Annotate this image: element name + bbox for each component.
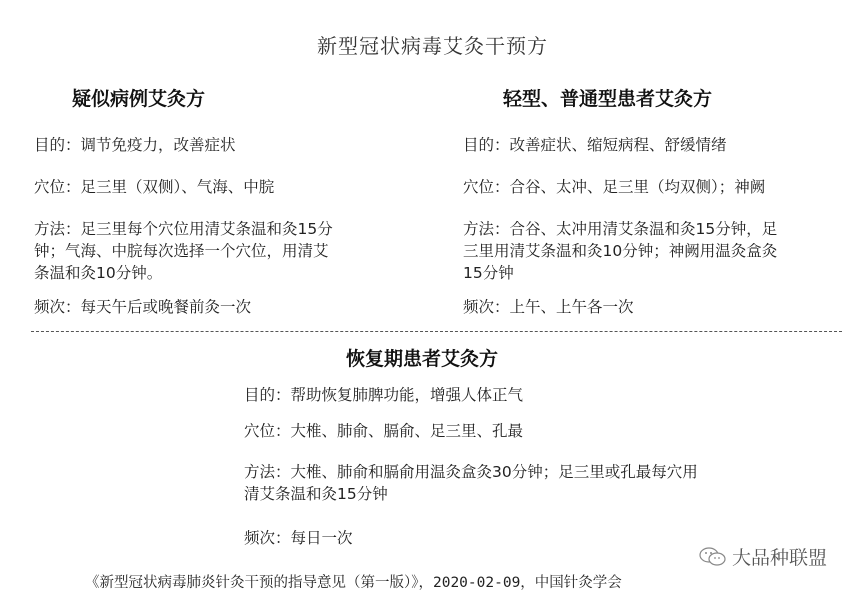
recovery-purpose: 目的：帮助恢复肺脾功能，增强人体正气: [244, 384, 523, 406]
page-title: 新型冠状病毒艾灸干预方: [0, 30, 865, 59]
mild-method-line-2: 三里用清艾条温和灸10分钟；神阙用温灸盒灸: [463, 240, 777, 262]
wechat-icon: [698, 546, 728, 568]
mild-method-line-3: 15分钟: [463, 262, 514, 284]
suspected-method-line-3: 条温和灸10分钟。: [34, 262, 162, 284]
section-divider: [31, 331, 842, 332]
suspected-acupoints: 穴位：足三里（双侧）、气海、中脘: [34, 176, 274, 198]
mild-frequency: 频次：上午、上午各一次: [463, 296, 634, 318]
suspected-method-line-2: 钟；气海、中脘每次选择一个穴位，用清艾: [34, 240, 329, 262]
heading-suspected: 疑似病例艾灸方: [72, 84, 205, 111]
suspected-purpose: 目的：调节免疫力，改善症状: [34, 134, 236, 156]
mild-purpose: 目的：改善症状、缩短病程、舒缓情绪: [463, 134, 727, 156]
recovery-acupoints: 穴位：大椎、肺俞、膈俞、足三里、孔最: [244, 420, 523, 442]
heading-mild: 轻型、普通型患者艾灸方: [503, 84, 712, 111]
mild-acupoints: 穴位：合谷、太冲、足三里（均双侧）；神阙: [463, 176, 765, 198]
recovery-frequency: 频次：每日一次: [244, 527, 353, 549]
suspected-method-line-1: 方法：足三里每个穴位用清艾条温和灸15分: [34, 218, 333, 240]
citation-footer: 《新型冠状病毒肺炎针灸干预的指导意见（第一版）》，2020-02-09，中国针灸…: [85, 571, 622, 592]
watermark-text: 大品种联盟: [732, 543, 827, 570]
suspected-frequency: 频次：每天午后或晚餐前灸一次: [34, 296, 251, 318]
heading-recovery: 恢复期患者艾灸方: [346, 344, 498, 371]
watermark: 大品种联盟: [698, 543, 827, 570]
mild-method-line-1: 方法：合谷、太冲用清艾条温和灸15分钟，足: [463, 218, 777, 240]
recovery-method-line-1: 方法：大椎、肺俞和膈俞用温灸盒灸30分钟；足三里或孔最每穴用: [244, 461, 698, 483]
recovery-method-line-2: 清艾条温和灸15分钟: [244, 483, 388, 505]
